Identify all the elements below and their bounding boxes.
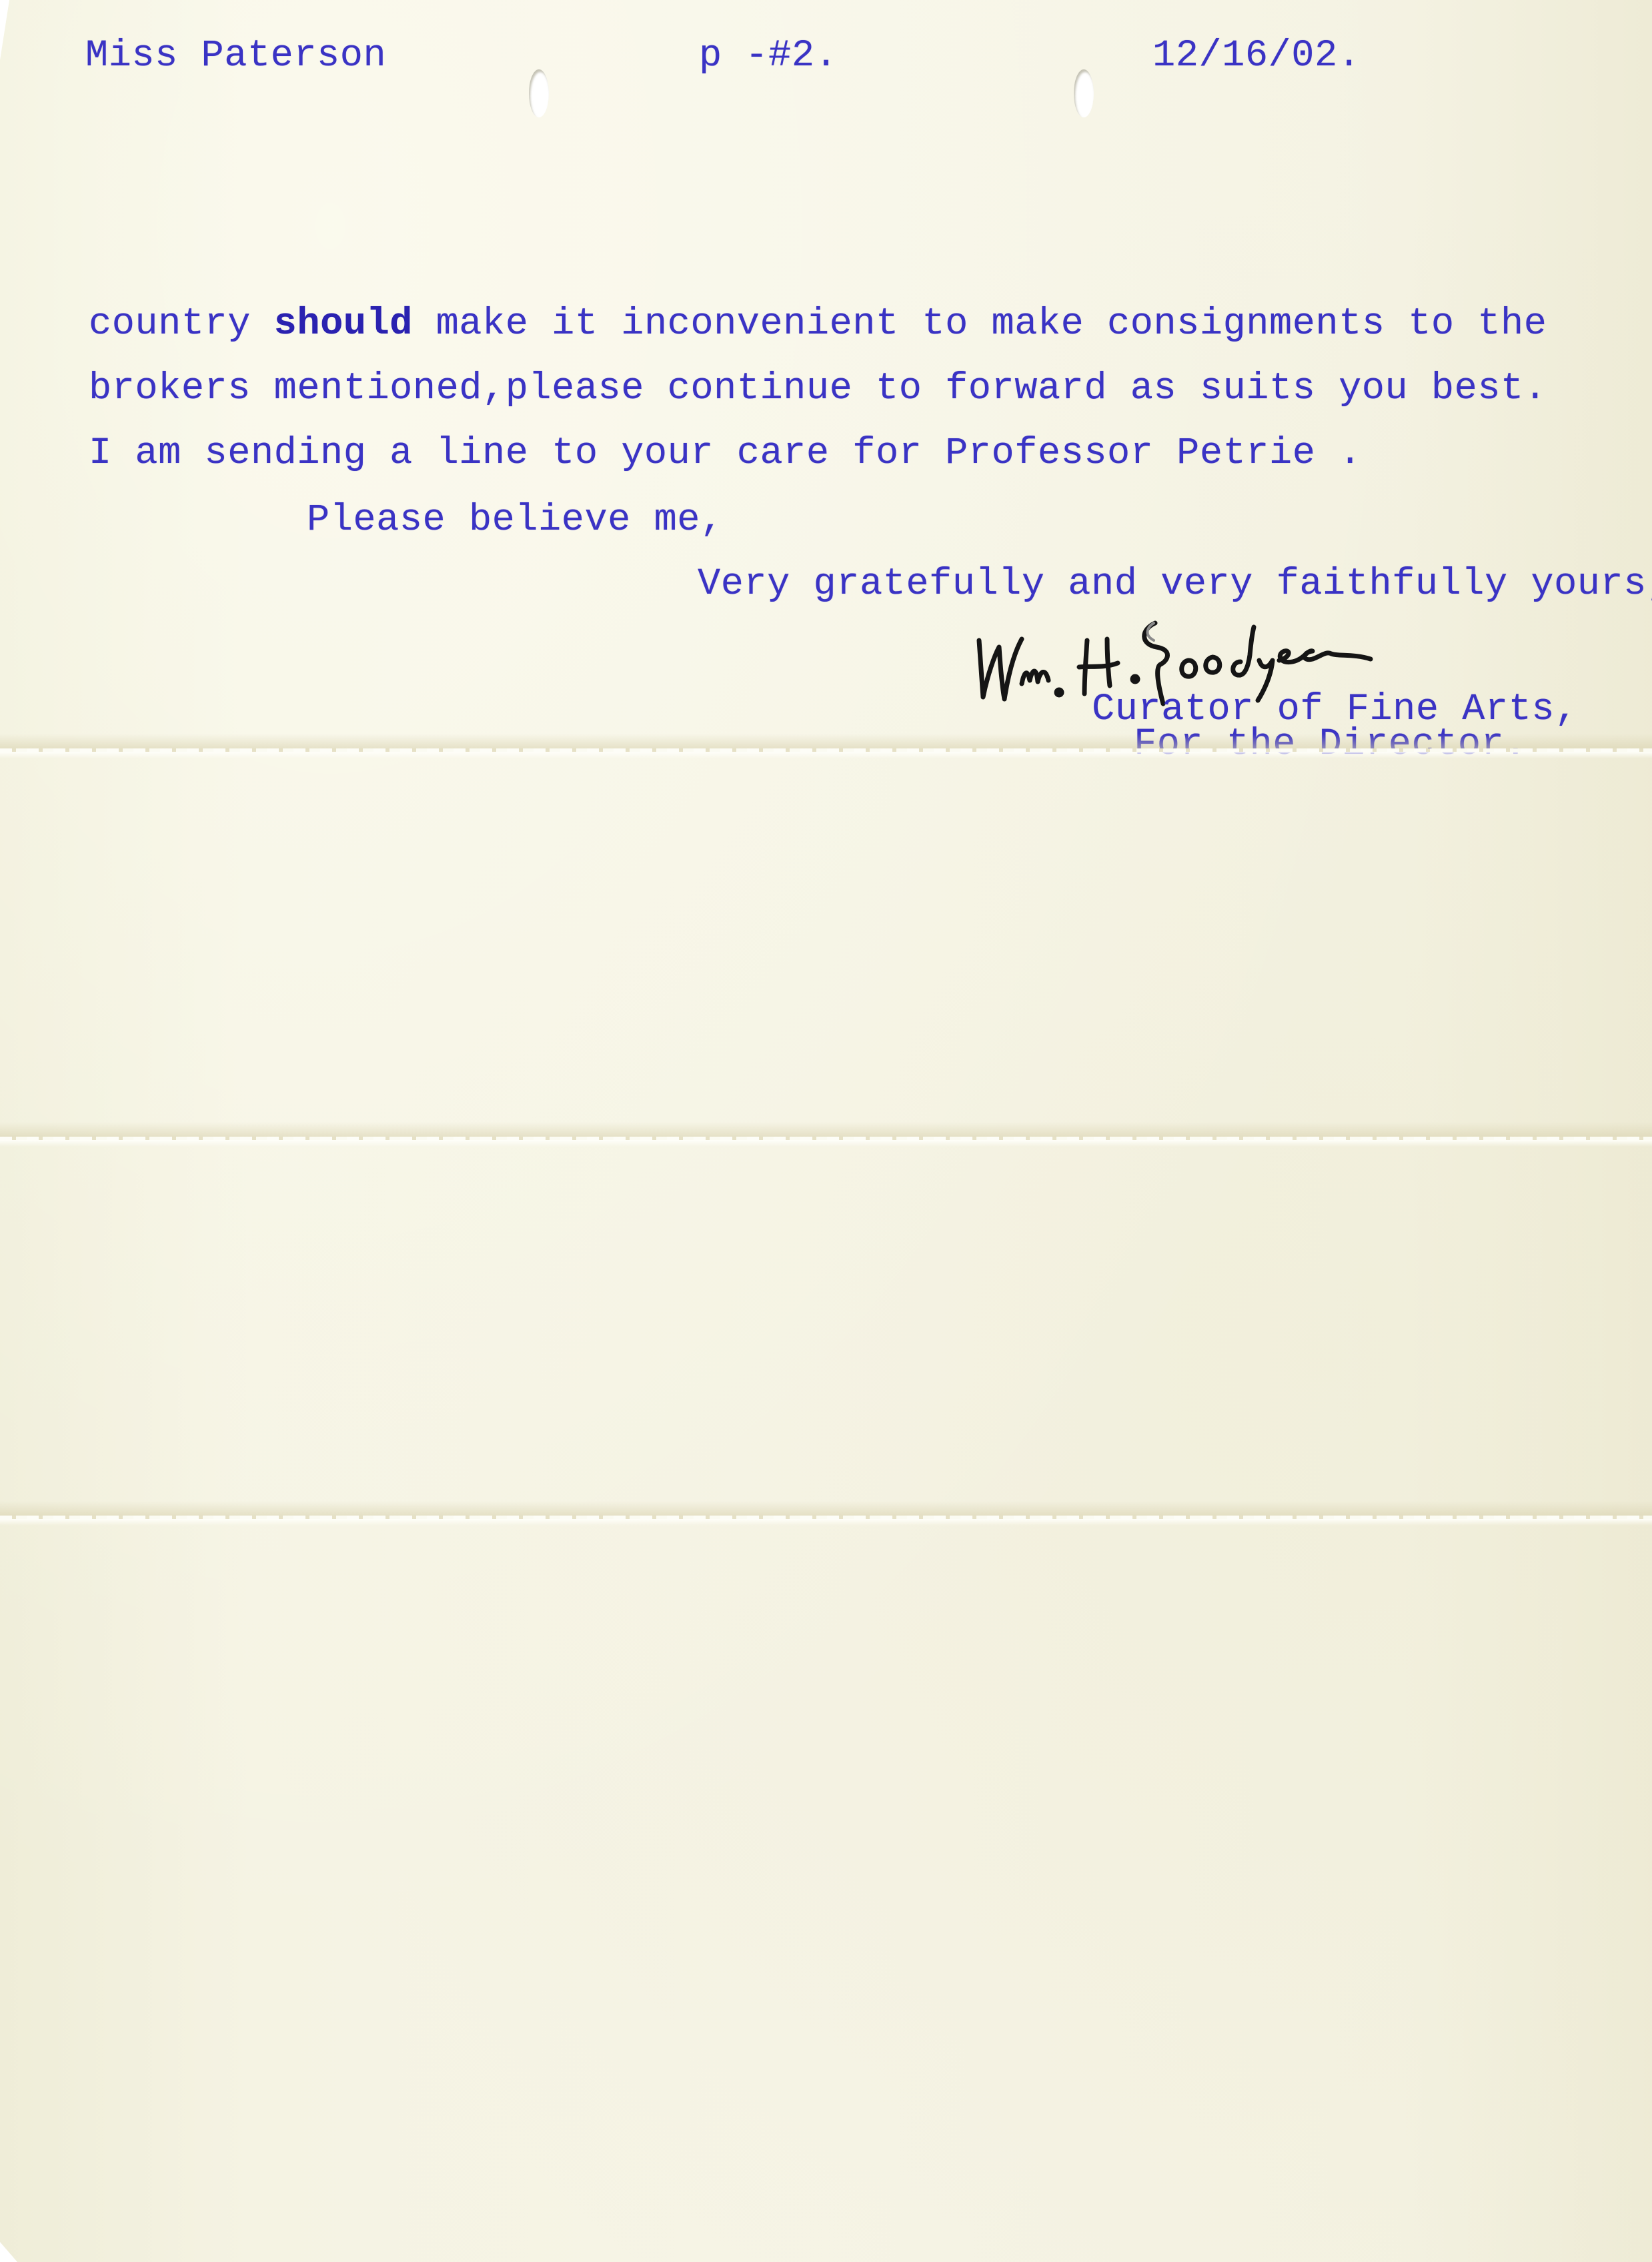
punch-hole xyxy=(1074,69,1094,117)
valediction-line: Very gratefully and very faithfully your… xyxy=(698,566,1652,604)
fold-line xyxy=(0,734,1652,756)
page-number: p -#2. xyxy=(699,37,838,75)
body-text: make it inconvenient to make consignment… xyxy=(413,303,1547,346)
punch-hole xyxy=(529,69,549,117)
body-line-2: brokers mentioned,please continue to for… xyxy=(89,370,1547,408)
fold-line xyxy=(0,1122,1652,1145)
emphasized-word: should xyxy=(274,303,413,346)
paper-corner-shadow xyxy=(0,0,9,60)
salutation-line: Please believe me, xyxy=(307,502,724,540)
letter-paper: Miss Paterson p -#2. 12/16/02. country s… xyxy=(0,0,1652,2262)
letter-date: 12/16/02. xyxy=(1152,37,1361,75)
recipient-name: Miss Paterson xyxy=(85,37,386,75)
fold-line xyxy=(0,1501,1652,1524)
body-line-3: I am sending a line to your care for Pro… xyxy=(89,435,1362,473)
body-line-1: country should make it inconvenient to m… xyxy=(89,306,1547,344)
paper-corner-shadow xyxy=(0,2242,17,2262)
body-text: country xyxy=(89,303,274,346)
